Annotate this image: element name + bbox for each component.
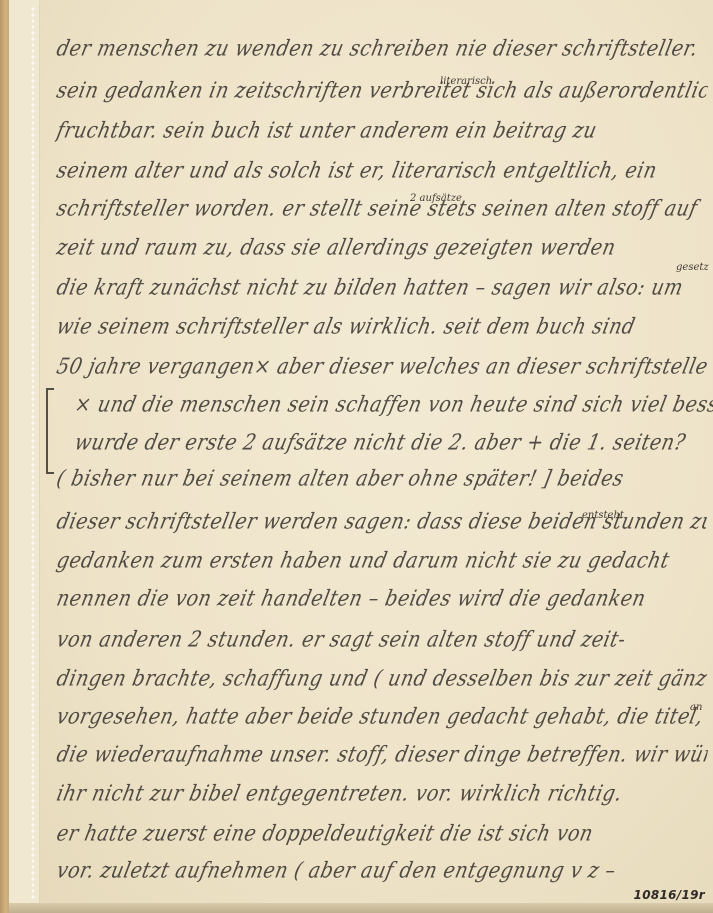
archive-number: 10816/19r xyxy=(634,888,705,902)
binding-edge xyxy=(0,0,9,913)
text-line: ( bisher nur bei seinem alten aber ohne … xyxy=(50,466,710,512)
interlinear-insertion: 2 aufsätze xyxy=(410,193,462,204)
page-bottom-edge xyxy=(9,903,713,913)
interlinear-insertion: entsteht xyxy=(582,510,624,521)
interlinear-insertion: gesetz xyxy=(676,262,709,273)
interlinear-insertion: an xyxy=(690,702,702,713)
marginal-bracket xyxy=(46,388,54,474)
text-line: nennen die von zeit handelten – beides w… xyxy=(50,586,710,632)
perforation-holes xyxy=(31,6,35,901)
interlinear-insertion: literarisch xyxy=(440,76,492,87)
text-line: der menschen zu wenden zu schreiben nie … xyxy=(50,36,710,82)
text-line: vor. zuletzt aufnehmen ( aber auf den en… xyxy=(50,858,710,904)
perforated-margin-strip xyxy=(9,0,40,905)
